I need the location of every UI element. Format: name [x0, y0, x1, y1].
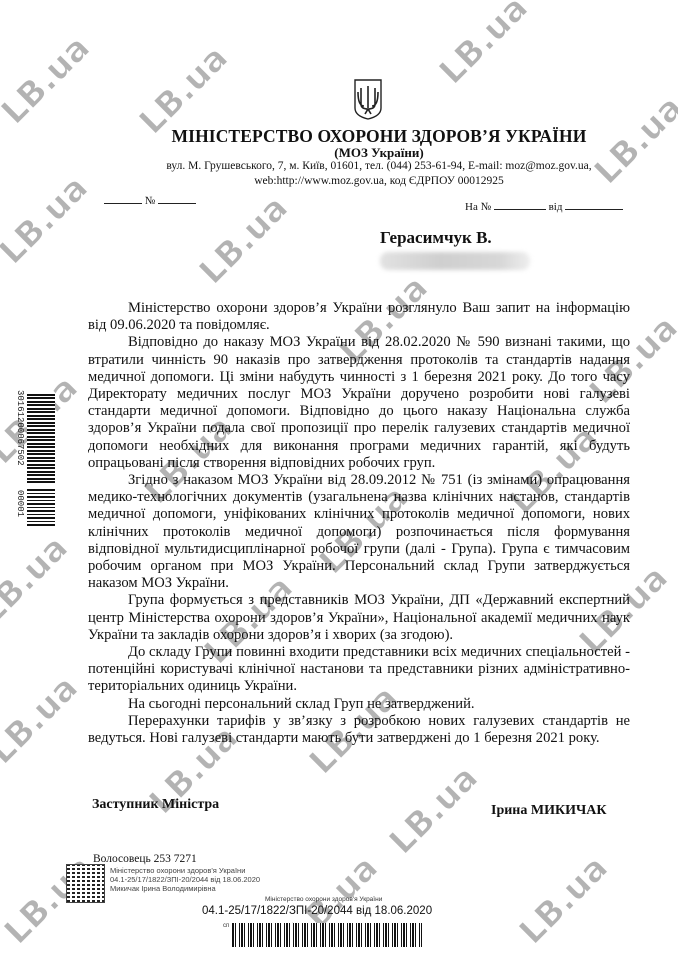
side-barcode-icon [27, 393, 55, 483]
outgoing-number-field: № [104, 193, 196, 207]
org-web: web:http://www.moz.gov.ua, код ЄДРПОУ 00… [0, 175, 678, 187]
watermark: LB.ua [0, 528, 76, 632]
signatory-position: Заступник Міністра [92, 797, 219, 813]
side-barcode-number: 30161200067502 [15, 390, 25, 466]
registration-number: 04.1-25/17/1822/ЗПІ-20/2044 від 18.06.20… [202, 905, 432, 917]
recipient-name: Герасимчук В. [380, 228, 492, 248]
stamp-line: 04.1-25/17/1822/ЗПІ-20/2044 від 18.06.20… [110, 875, 260, 884]
stamp-line: Микичак Ірина Володимирівна [110, 884, 260, 893]
side-barcode-icon [27, 488, 55, 526]
barcode-icon [232, 923, 422, 947]
watermark: LB.ua [192, 188, 296, 292]
paragraph: Міністерство охорони здоров’я України ро… [88, 300, 630, 334]
org-short-name: (МОЗ України) [0, 145, 678, 161]
paragraph: До складу Групи повинні входити представ… [88, 644, 630, 696]
watermark: LB.ua [0, 28, 98, 132]
number-label: № [145, 195, 156, 207]
paragraph: Відповідно до наказу МОЗ України від 28.… [88, 334, 630, 472]
paragraph: Група формується з представників МОЗ Укр… [88, 592, 630, 644]
org-address: вул. М. Грушевського, 7, м. Київ, 01601,… [0, 160, 678, 172]
watermark: LB.ua [382, 758, 486, 862]
org-title: МІНІСТЕРСТВО ОХОРОНИ ЗДОРОВ’Я УКРАЇНИ [0, 126, 678, 147]
paragraph: Згідно з наказом МОЗ України від 28.09.2… [88, 472, 630, 592]
letter-body: Міністерство охорони здоров’я України ро… [88, 300, 630, 747]
registration-stamp-title: Міністерство охорони здоров'я України [265, 896, 382, 903]
barcode-prefix: сп [223, 923, 229, 929]
watermark: LB.ua [0, 668, 86, 772]
executor-contact: Волосовець 253 7271 [93, 853, 197, 865]
watermark: LB.ua [432, 0, 536, 92]
side-barcode-sequence: 00001 [15, 490, 25, 517]
qr-code-icon [66, 864, 105, 903]
incoming-reference-field: На № від [465, 199, 623, 213]
watermark: LB.ua [512, 848, 616, 952]
reference-label: На № [465, 201, 491, 213]
paragraph: Перерахунки тарифів у зв’язку з розробко… [88, 713, 630, 747]
redacted-recipient-detail [380, 252, 530, 270]
e-signature-stamp: Міністерство охорони здоров'я України 04… [110, 866, 260, 893]
from-label: від [549, 201, 563, 213]
paragraph: На сьогодні персональний склад Груп не з… [88, 696, 630, 713]
stamp-line: Міністерство охорони здоров'я України [110, 866, 260, 875]
trident-emblem-icon [353, 78, 383, 120]
signatory-name: Ірина МИКИЧАК [491, 803, 607, 819]
